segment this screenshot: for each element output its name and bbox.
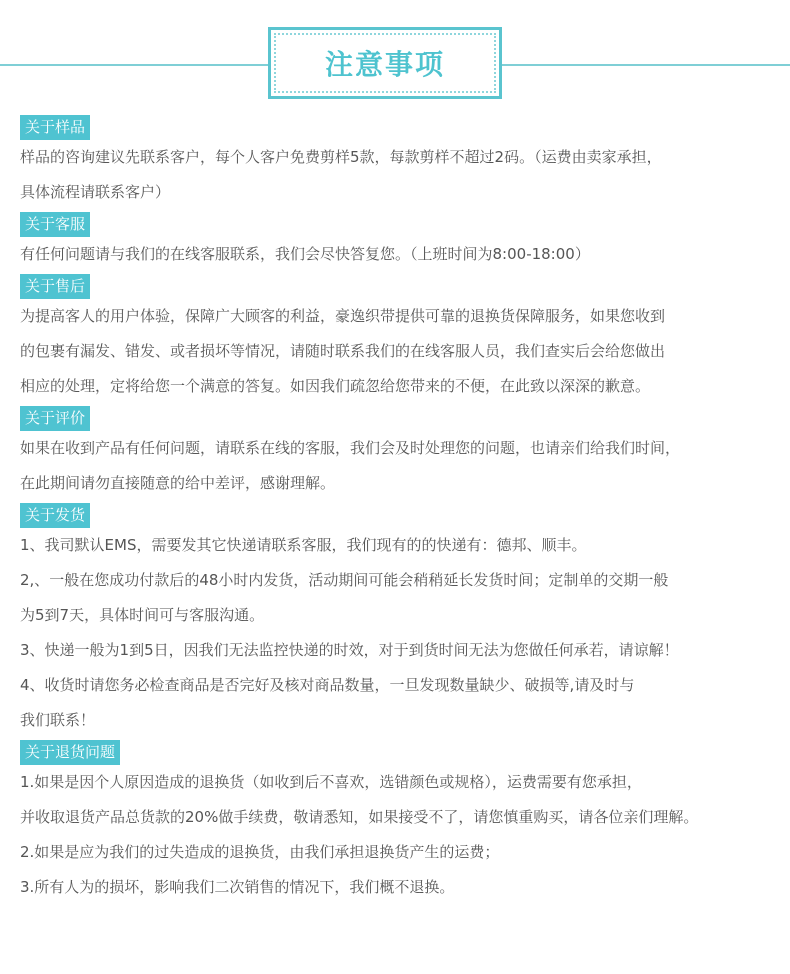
section-text-line: 4、收货时请您务必检查商品是否完好及核对商品数量，一旦发现数量缺少、破损等,请及…: [20, 668, 790, 703]
section-text-line: 的包裹有漏发、错发、或者损坏等情况，请随时联系我们的在线客服人员，我们查实后会给…: [20, 334, 790, 369]
section-text-line: 相应的处理，定将给您一个满意的答复。如因我们疏忽给您带来的不便，在此致以深深的歉…: [20, 369, 790, 404]
section-label: 关于售后: [20, 274, 90, 299]
section-text-line: 如果在收到产品有任何问题，请联系在线的客服，我们会及时处理您的问题，也请亲们给我…: [20, 431, 790, 466]
section-text-line: 3.所有人为的损坏，影响我们二次销售的情况下，我们概不退换。: [20, 870, 790, 905]
section-text-line: 有任何问题请与我们的在线客服联系，我们会尽快答复您。（上班时间为8:00-18:…: [20, 237, 790, 272]
header-divider-right: [502, 64, 790, 66]
title-box: 注意事项: [268, 27, 502, 99]
section-text-line: 为5到7天，具体时间可与客服沟通。: [20, 598, 790, 633]
section-text-line: 我们联系！: [20, 703, 790, 738]
section-shipping: 关于发货 1、我司默认EMS，需要发其它快递请联系客服，我们现有的的快递有：德邦…: [20, 501, 790, 738]
section-label: 关于客服: [20, 212, 90, 237]
notice-content: 关于样品 样品的咨询建议先联系客户，每个人客户免费剪样5款，每款剪样不超过2码。…: [20, 113, 790, 905]
header-divider-left: [0, 64, 268, 66]
section-text-line: 具体流程请联系客户）: [20, 175, 790, 210]
section-text-line: 样品的咨询建议先联系客户，每个人客户免费剪样5款，每款剪样不超过2码。（运费由卖…: [20, 140, 790, 175]
title-dotted-frame: 注意事项: [274, 33, 496, 93]
section-text-line: 1.如果是因个人原因造成的退换货（如收到后不喜欢，选错颜色或规格），运费需要有您…: [20, 765, 790, 800]
page-title: 注意事项: [325, 43, 445, 83]
section-returns: 关于退货问题 1.如果是因个人原因造成的退换货（如收到后不喜欢，选错颜色或规格）…: [20, 738, 790, 905]
section-text-line: 并收取退货产品总货款的20%做手续费，敬请悉知，如果接受不了，请您慎重购买，请各…: [20, 800, 790, 835]
section-samples: 关于样品 样品的咨询建议先联系客户，每个人客户免费剪样5款，每款剪样不超过2码。…: [20, 113, 790, 210]
notice-header: 注意事项: [0, 0, 790, 110]
section-text-line: 为提高客人的用户体验，保障广大顾客的利益，豪逸织带提供可靠的退换货保障服务，如果…: [20, 299, 790, 334]
section-text-line: 2,、一般在您成功付款后的48小时内发货，活动期间可能会稍稍延长发货时间；定制单…: [20, 563, 790, 598]
section-label: 关于发货: [20, 503, 90, 528]
section-reviews: 关于评价 如果在收到产品有任何问题，请联系在线的客服，我们会及时处理您的问题，也…: [20, 404, 790, 501]
section-text-line: 1、我司默认EMS，需要发其它快递请联系客服，我们现有的的快递有：德邦、顺丰。: [20, 528, 790, 563]
section-customer-service: 关于客服 有任何问题请与我们的在线客服联系，我们会尽快答复您。（上班时间为8:0…: [20, 210, 790, 272]
section-label: 关于评价: [20, 406, 90, 431]
section-text-line: 在此期间请勿直接随意的给中差评，感谢理解。: [20, 466, 790, 501]
section-after-sales: 关于售后 为提高客人的用户体验，保障广大顾客的利益，豪逸织带提供可靠的退换货保障…: [20, 272, 790, 404]
section-label: 关于样品: [20, 115, 90, 140]
section-label: 关于退货问题: [20, 740, 120, 765]
section-text-line: 3、快递一般为1到5日，因我们无法监控快递的时效，对于到货时间无法为您做任何承若…: [20, 633, 790, 668]
section-text-line: 2.如果是应为我们的过失造成的退换货，由我们承担退换货产生的运费；: [20, 835, 790, 870]
